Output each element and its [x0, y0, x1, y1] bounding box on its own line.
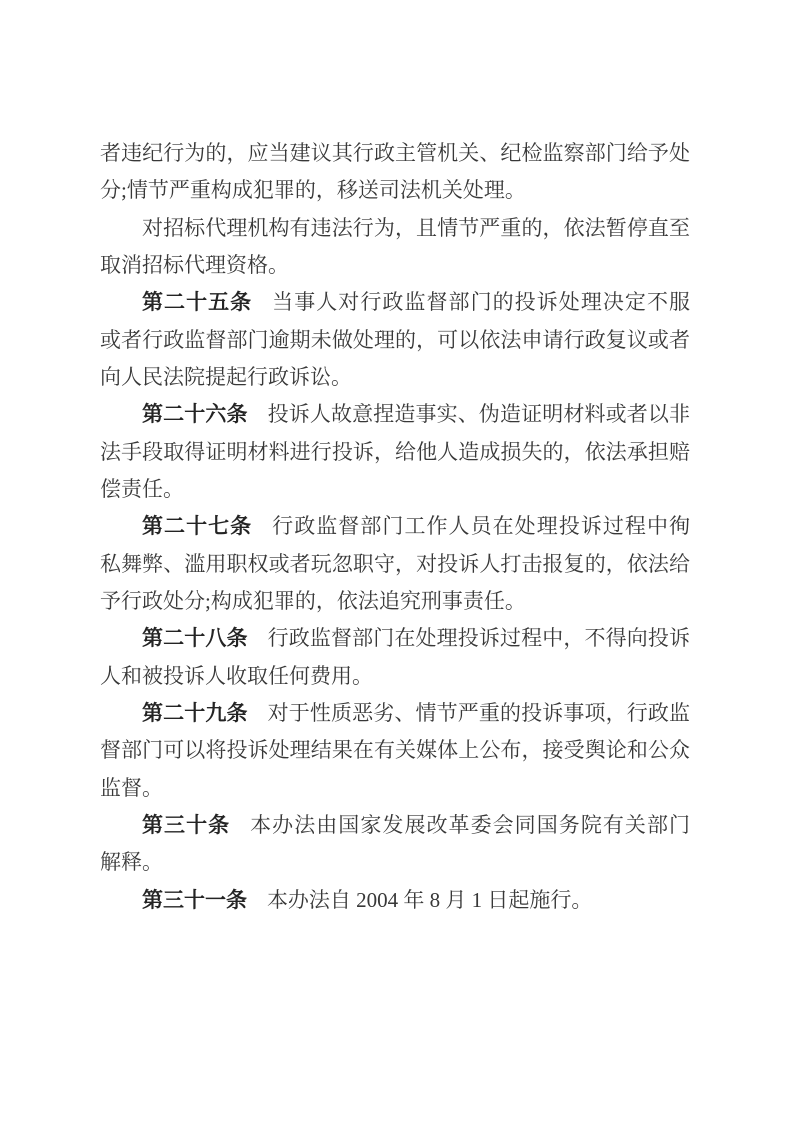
- article-number: 第二十六条: [142, 403, 248, 426]
- line-text: 监督。: [100, 776, 163, 800]
- line-text: 予行政处分;构成犯罪的，依法追究刑事责任。: [100, 589, 526, 613]
- article-line: 第二十八条行政监督部门在处理投诉过程中，不得向投诉: [100, 620, 690, 657]
- document-page: 者违纪行为的，应当建议其行政主管机关、纪检监察部门给予处分;情节严重构成犯罪的，…: [0, 0, 793, 1122]
- article-line: 第二十七条行政监督部门工作人员在处理投诉过程中徇: [100, 508, 690, 545]
- article-number: 第三十一条: [142, 889, 247, 912]
- line-text: 行政监督部门在处理投诉过程中，不得向投诉: [268, 626, 690, 650]
- article-number: 第二十八条: [142, 627, 248, 650]
- line-text: 偿责任。: [100, 477, 184, 501]
- body-line: 分;情节严重构成犯罪的，移送司法机关处理。: [100, 172, 690, 209]
- article-line: 私舞弊、滥用职权或者玩忽职守，对投诉人打击报复的，依法给: [100, 546, 690, 583]
- line-text: 本办法由国家发展改革委会同国务院有关部门: [250, 813, 690, 837]
- text-block: 者违纪行为的，应当建议其行政主管机关、纪检监察部门给予处分;情节严重构成犯罪的，…: [100, 135, 690, 919]
- article-line: 偿责任。: [100, 471, 690, 508]
- line-text: 法手段取得证明材料进行投诉，给他人造成损失的，依法承担赔: [100, 440, 690, 464]
- article-line: 第三十一条本办法自 2004 年 8 月 1 日起施行。: [100, 882, 690, 919]
- line-text: 向人民法院提起行政诉讼。: [100, 365, 352, 389]
- article-line: 督部门可以将投诉处理结果在有关媒体上公布，接受舆论和公众: [100, 732, 690, 769]
- line-text: 取消招标代理资格。: [100, 253, 289, 277]
- body-line: 对招标代理机构有违法行为，且情节严重的，依法暂停直至: [100, 210, 690, 247]
- line-text: 当事人对行政监督部门的投诉处理决定不服: [272, 290, 690, 314]
- line-text: 或者行政监督部门逾期未做处理的，可以依法申请行政复议或者: [100, 328, 690, 352]
- article-line: 向人民法院提起行政诉讼。: [100, 359, 690, 396]
- line-text: 者违纪行为的，应当建议其行政主管机关、纪检监察部门给予处: [100, 141, 690, 165]
- line-text: 投诉人故意捏造事实、伪造证明材料或者以非: [268, 402, 690, 426]
- article-line: 或者行政监督部门逾期未做处理的，可以依法申请行政复议或者: [100, 322, 690, 359]
- line-text: 对招标代理机构有违法行为，且情节严重的，依法暂停直至: [142, 216, 690, 240]
- article-number: 第三十条: [142, 814, 230, 837]
- body-line: 取消招标代理资格。: [100, 247, 690, 284]
- line-text: 解释。: [100, 850, 163, 874]
- line-text: 分;情节严重构成犯罪的，移送司法机关处理。: [100, 178, 526, 202]
- line-text: 私舞弊、滥用职权或者玩忽职守，对投诉人打击报复的，依法给: [100, 552, 690, 576]
- article-line: 法手段取得证明材料进行投诉，给他人造成损失的，依法承担赔: [100, 434, 690, 471]
- article-line: 第三十条本办法由国家发展改革委会同国务院有关部门: [100, 807, 690, 844]
- line-text: 对于性质恶劣、情节严重的投诉事项，行政监: [268, 701, 690, 725]
- article-number: 第二十七条: [142, 515, 252, 538]
- line-text: 行政监督部门工作人员在处理投诉过程中徇: [272, 514, 690, 538]
- article-line: 解释。: [100, 844, 690, 881]
- article-line: 第二十五条当事人对行政监督部门的投诉处理决定不服: [100, 284, 690, 321]
- article-line: 第二十六条投诉人故意捏造事实、伪造证明材料或者以非: [100, 396, 690, 433]
- article-line: 第二十九条对于性质恶劣、情节严重的投诉事项，行政监: [100, 695, 690, 732]
- article-number: 第二十五条: [142, 291, 252, 314]
- article-line: 人和被投诉人收取任何费用。: [100, 658, 690, 695]
- body-line: 者违纪行为的，应当建议其行政主管机关、纪检监察部门给予处: [100, 135, 690, 172]
- article-number: 第二十九条: [142, 702, 248, 725]
- article-line: 监督。: [100, 770, 690, 807]
- line-text: 督部门可以将投诉处理结果在有关媒体上公布，接受舆论和公众: [100, 738, 690, 762]
- line-text: 人和被投诉人收取任何费用。: [100, 664, 373, 688]
- line-text: 本办法自 2004 年 8 月 1 日起施行。: [267, 888, 593, 912]
- article-line: 予行政处分;构成犯罪的，依法追究刑事责任。: [100, 583, 690, 620]
